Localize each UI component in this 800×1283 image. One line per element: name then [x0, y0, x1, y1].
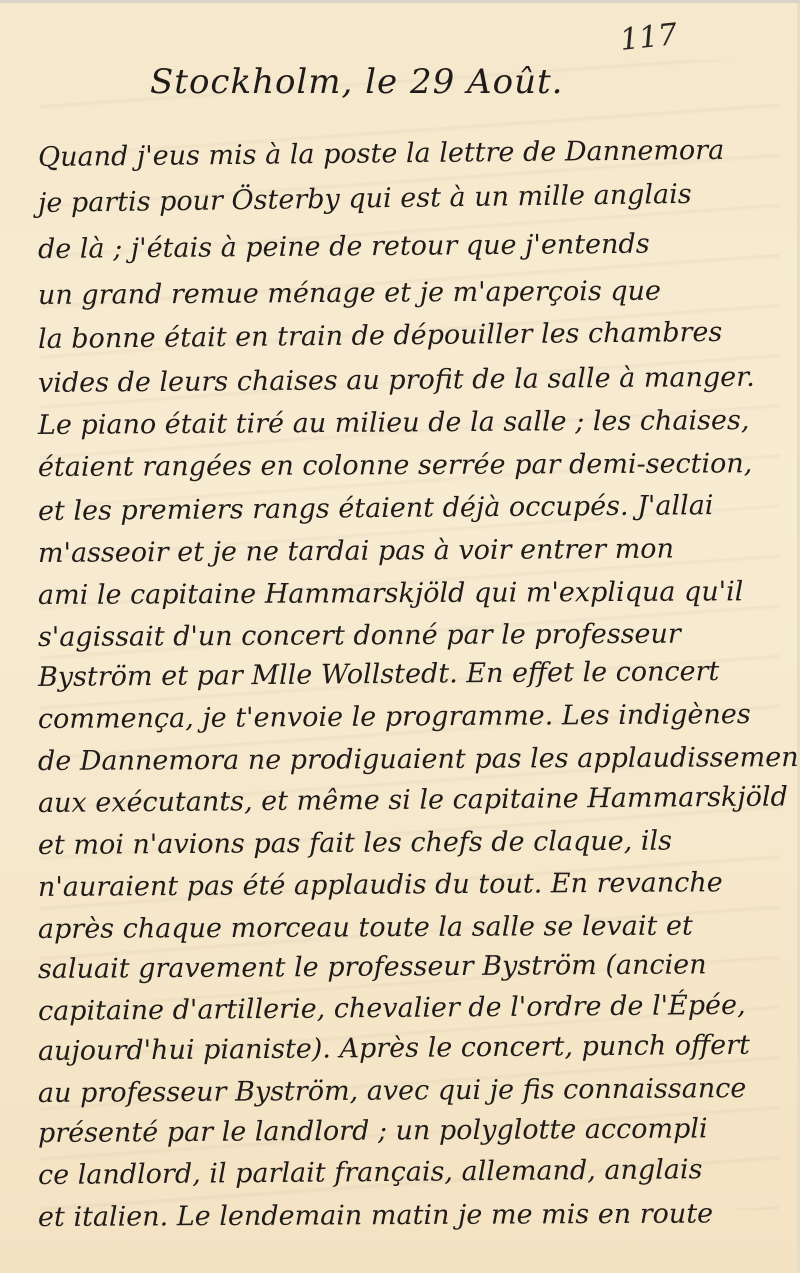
text-line: je partis pour Österby qui est à un mill… [38, 177, 798, 219]
text-line: et italien. Le lendemain matin je me mis… [38, 1198, 798, 1233]
text-line: Byström et par Mlle Wollstedt. En effet … [38, 655, 798, 693]
text-line: Quand j'eus mis à la poste la lettre de … [38, 134, 798, 173]
text-line: présenté par le landlord ; un polyglotte… [38, 1113, 798, 1149]
text-line: la bonne était en train de dépouiller le… [38, 316, 798, 355]
text-line: s'agissait d'un concert donné par le pro… [38, 618, 798, 653]
text-line: et les premiers rangs étaient déjà occup… [38, 489, 798, 527]
text-line: saluait gravement le professeur Byström … [38, 949, 798, 985]
text-line: étaient rangées en colonne serrée par de… [38, 448, 798, 483]
text-line: n'auraient pas été applaudis du tout. En… [38, 867, 798, 903]
text-line: aujourd'hui pianiste). Après le concert,… [38, 1029, 798, 1067]
dateline: Stockholm, le 29 Août. [150, 62, 563, 102]
text-line: au professeur Byström, avec qui je fis c… [38, 1073, 798, 1109]
text-line: ce landlord, il parlait français, allema… [38, 1153, 798, 1191]
text-line: un grand remue ménage et je m'aperçois q… [38, 275, 798, 311]
text-line: de là ; j'étais à peine de retour que j'… [38, 227, 798, 265]
text-line: ami le capitaine Hammarskjöld qui m'expl… [38, 576, 798, 611]
text-line: Le piano était tiré au milieu de la sall… [38, 405, 798, 441]
folio-number: 117 [618, 17, 679, 58]
text-line: commença, je t'envoie le programme. Les … [38, 699, 798, 735]
text-line: capitaine d'artillerie, chevalier de l'o… [38, 989, 798, 1027]
text-line: après chaque morceau toute la salle se l… [38, 910, 798, 945]
text-line: vides de leurs chaises au profit de la s… [38, 361, 798, 399]
text-line: et moi n'avions pas fait les chefs de cl… [38, 825, 798, 861]
text-line: aux exécutants, et même si le capitaine … [38, 781, 798, 819]
text-line: m'asseoir et je ne tardai pas à voir ent… [38, 533, 798, 569]
text-line: de Dannemora ne prodiguaient pas les app… [38, 742, 798, 777]
letter-page: 117 Stockholm, le 29 Août. Quand j'eus m… [0, 0, 800, 1273]
